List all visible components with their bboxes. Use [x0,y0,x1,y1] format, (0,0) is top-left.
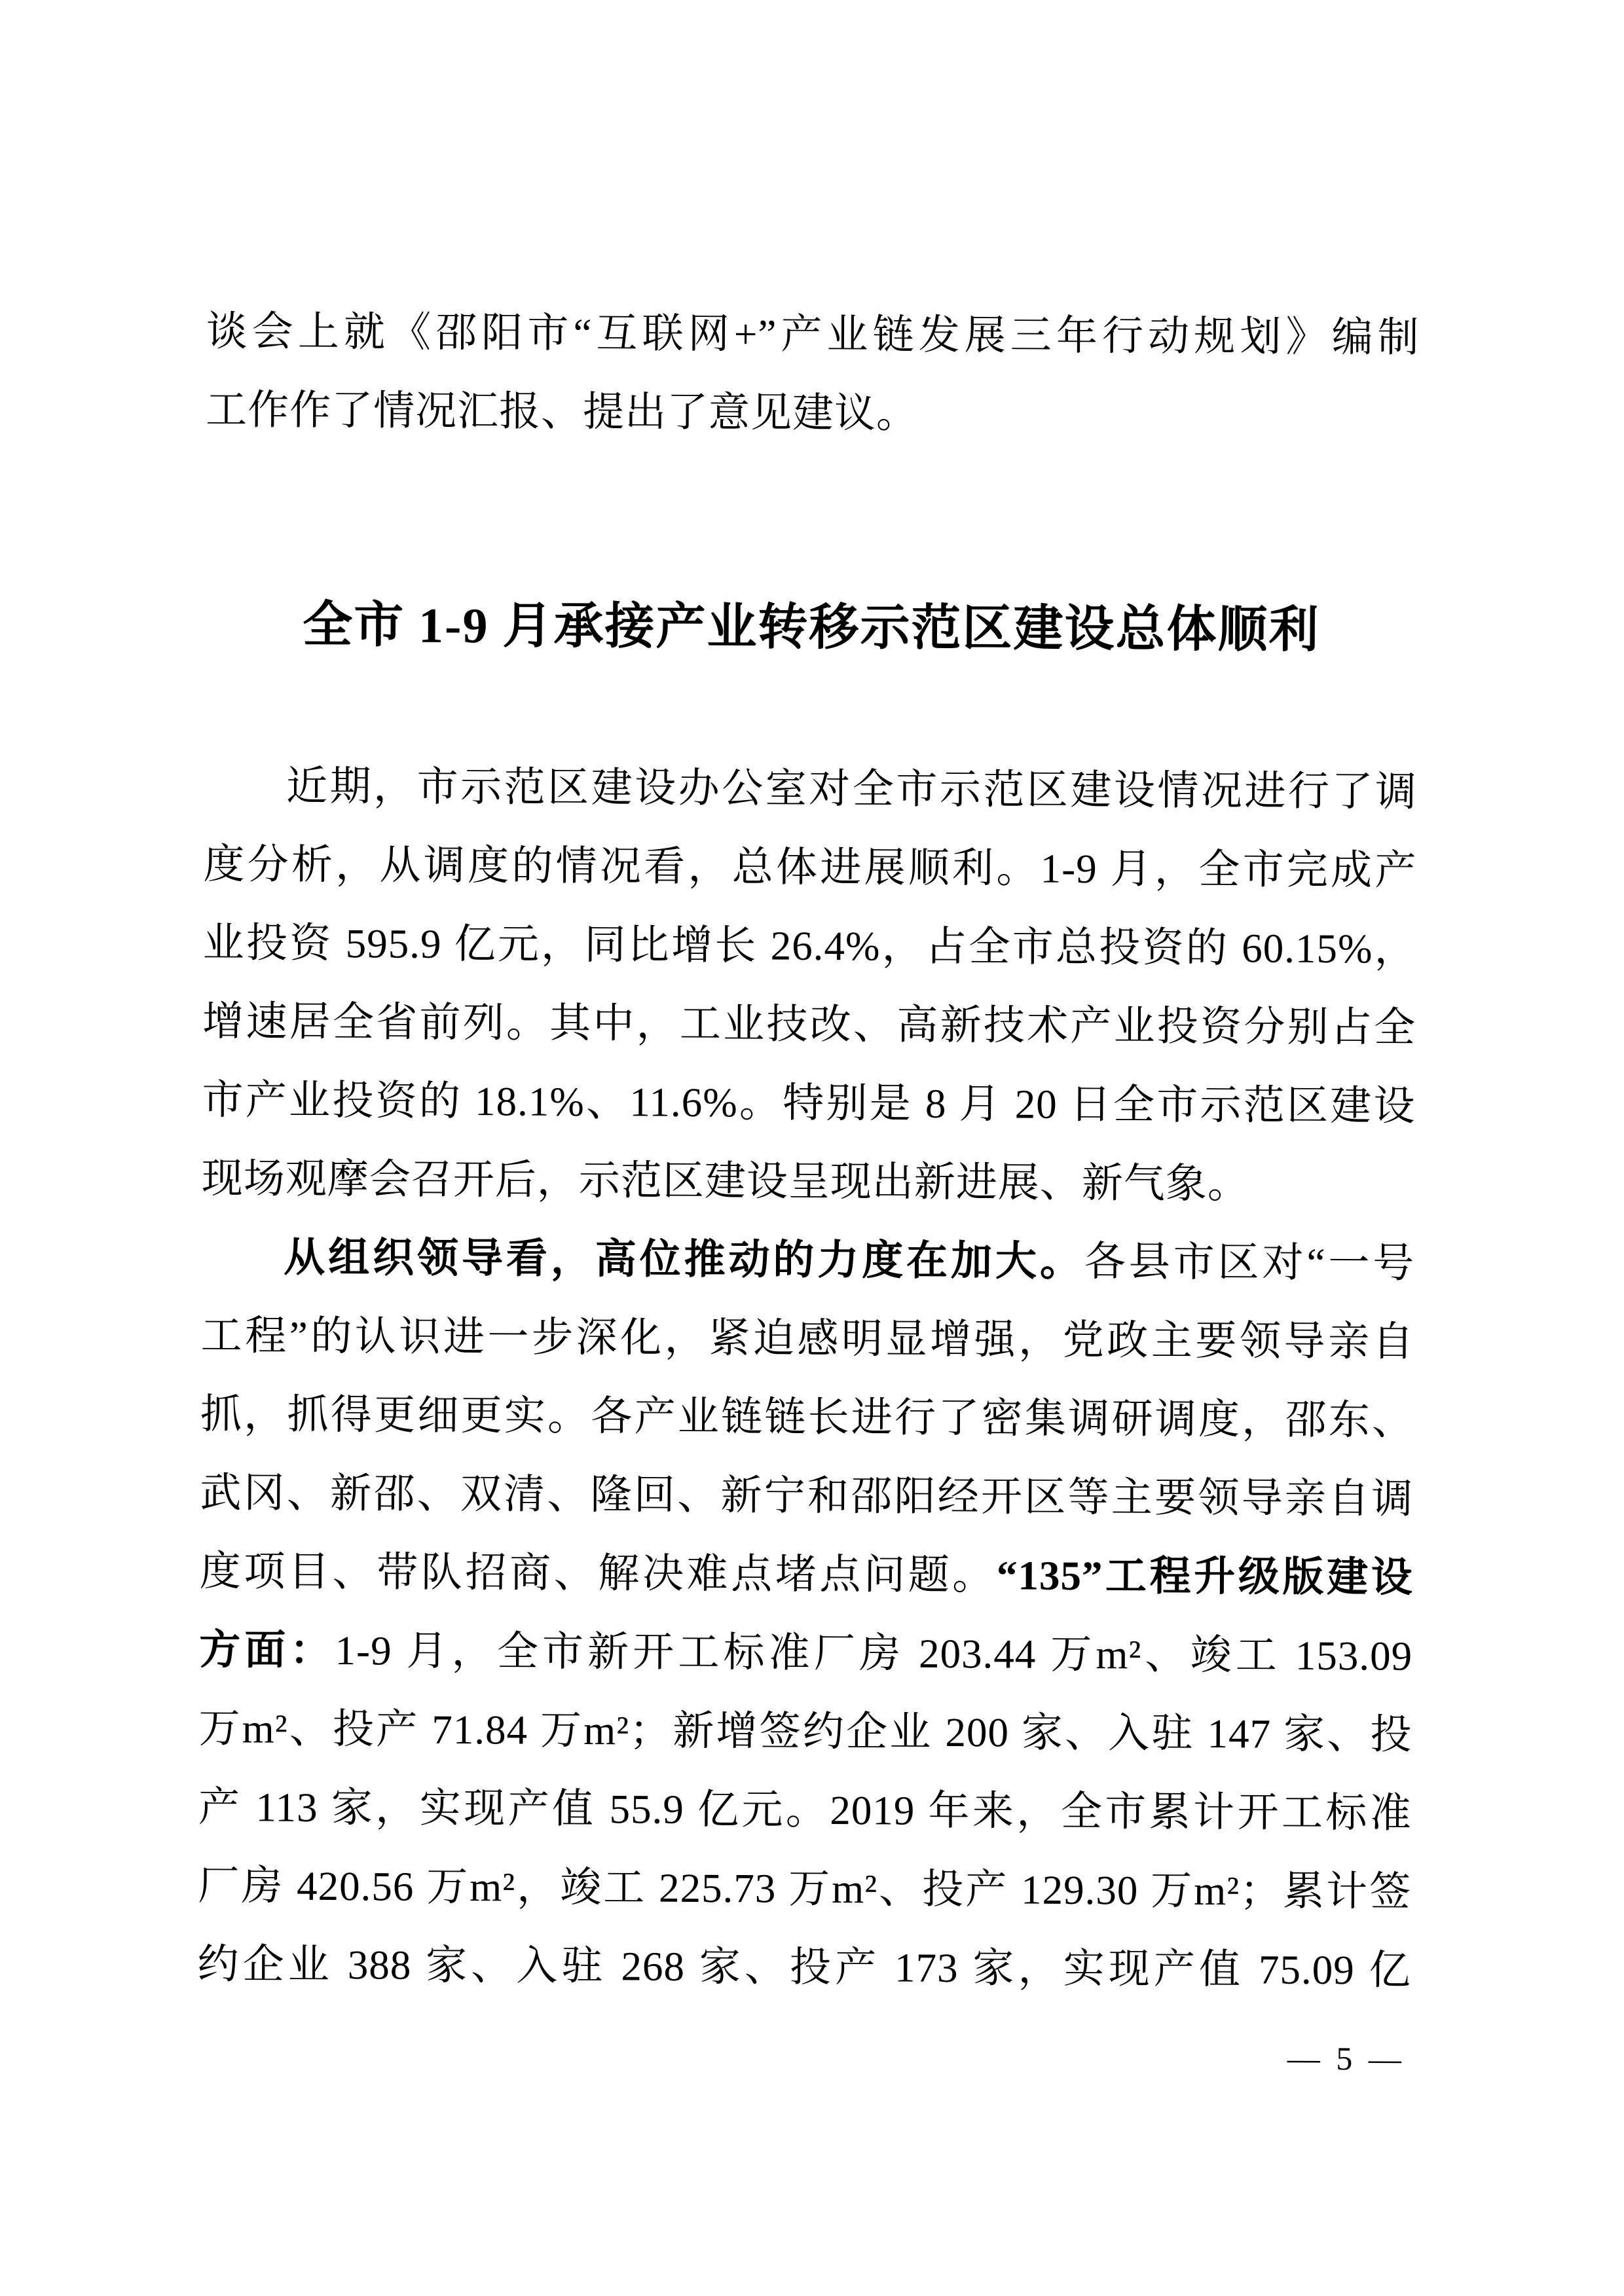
text-run: 抓，抓得更细更实。各产业链链长进行了密集调研调度，邵东、 [200,1391,1414,1444]
text-line: 厂房 420.56 万m²，竣工 225.73 万m²、投产 129.30 万m… [198,1846,1412,1931]
text-line: 近期，市示范区建设办公室对全市示范区建设情况进行了调 [204,746,1418,831]
bold-text-run: 从组织领导看，高位推动的力度在加大。 [284,1235,1084,1285]
text-run: 近期，市示范区建设办公室对全市示范区建设情况进行了调 [286,763,1417,815]
text-line: 业投资 595.9 亿元，同比增长 26.4%，占全市总投资的 60.15%， [202,903,1416,989]
text-line: 市产业投资的 18.1%、11.6%。特别是 8 月 20 日全市示范区建设 [202,1061,1416,1146]
text-run: 度分析，从调度的情况看，总体进展顺利。1-9 月，全市完成产 [203,841,1416,894]
text-run: 工程”的认识进一步深化，紧迫感明显增强，党政主要领导亲自 [200,1313,1414,1365]
page-number: — 5 — [197,2033,1411,2079]
overview-paragraph: 近期，市示范区建设办公室对全市示范区建设情况进行了调度分析，从调度的情况看，总体… [202,746,1418,1224]
text-run: 武冈、新邵、双清、隆回、新宁和邵阳经开区等主要领导亲自调 [200,1470,1413,1522]
text-line: 增速居全省前列。其中，工业技改、高新技术产业投资分别占全 [202,982,1416,1067]
page-content: 谈会上就《邵阳市“互联网+”产业链发展三年行动规划》编制工作作了情况汇报、提出了… [0,0,1624,2079]
text-line: 方面：1-9 月，全市新开工标准厂房 203.44 万m²、竣工 153.09 [199,1611,1413,1696]
text-run: 现场观摩会召开后，示范区建设呈现出新进展、新气象。 [202,1156,1249,1207]
text-line: 度分析，从调度的情况看，总体进展顺利。1-9 月，全市完成产 [203,825,1417,910]
text-run: 业投资 595.9 亿元，同比增长 26.4%，占全市总投资的 60.15%， [203,920,1416,972]
text-run: 产 113 家，实现产值 55.9 亿元。2019 年来，全市累计开工标准 [198,1784,1412,1836]
text-run: 1-9 月，全市新开工标准厂房 203.44 万m²、竣工 153.09 [335,1628,1412,1679]
text-line: 现场观摩会召开后，示范区建设呈现出新进展、新气象。 [202,1139,1416,1224]
text-line: 抓，抓得更细更实。各产业链链长进行了密集调研调度，邵东、 [200,1375,1414,1460]
intro-paragraph: 谈会上就《邵阳市“互联网+”产业链发展三年行动规划》编制工作作了情况汇报、提出了… [206,292,1420,456]
text-line: 万m²、投产 71.84 万m²；新增签约企业 200 家、入驻 147 家、投 [198,1689,1412,1774]
text-run: 度项目、带队招商、解决难点堵点问题。 [200,1548,997,1598]
text-line: 产 113 家，实现产值 55.9 亿元。2019 年来，全市累计开工标准 [198,1768,1412,1853]
text-run: 约企业 388 家、入驻 268 家、投产 173 家，实现产值 75.09 亿… [197,1941,1411,2010]
bold-text-run: “135”工程升级版建设 [997,1552,1413,1600]
text-line: 工程”的认识进一步深化，紧迫感明显增强，党政主要领导亲自 [200,1296,1414,1381]
text-line: 度项目、带队招商、解决难点堵点问题。“135”工程升级版建设 [199,1532,1413,1617]
bold-text-run: 方面： [199,1627,335,1673]
text-run: 增速居全省前列。其中，工业技改、高新技术产业投资分别占全 [202,998,1416,1051]
text-line: 从组织领导看，高位推动的力度在加大。各县市区对“一号 [201,1218,1415,1303]
text-line: 工作作了情况汇报、提出了意见建议。 [206,371,1420,456]
text-run: 谈会上就《邵阳市“互联网+”产业链发展三年行动规划》编制 [206,308,1420,361]
article-title: 全市 1-9 月承接产业转移示范区建设总体顺利 [204,585,1418,670]
text-line: 约企业 388 家、入驻 268 家、投产 173 家，实现产值 75.09 亿… [197,1925,1411,2010]
text-line: 武冈、新邵、双清、隆回、新宁和邵阳经开区等主要领导亲自调 [200,1453,1414,1539]
leadership-paragraph: 从组织领导看，高位推动的力度在加大。各县市区对“一号工程”的认识进一步深化，紧迫… [197,1218,1414,2010]
text-run: 厂房 420.56 万m²，竣工 225.73 万m²、投产 129.30 万m… [198,1863,1411,1915]
text-run: 各县市区对“一号 [1084,1239,1415,1286]
text-line: 谈会上就《邵阳市“互联网+”产业链发展三年行动规划》编制 [206,292,1420,377]
text-run: 万m²、投产 71.84 万m²；新增签约企业 200 家、入驻 147 家、投 [198,1705,1412,1758]
text-run: 工作作了情况汇报、提出了意见建议。 [206,387,918,437]
text-run: 市产业投资的 18.1%、11.6%。特别是 8 月 20 日全市示范区建设 [202,1077,1415,1129]
document-page: 谈会上就《邵阳市“互联网+”产业链发展三年行动规划》编制工作作了情况汇报、提出了… [0,0,1624,2296]
